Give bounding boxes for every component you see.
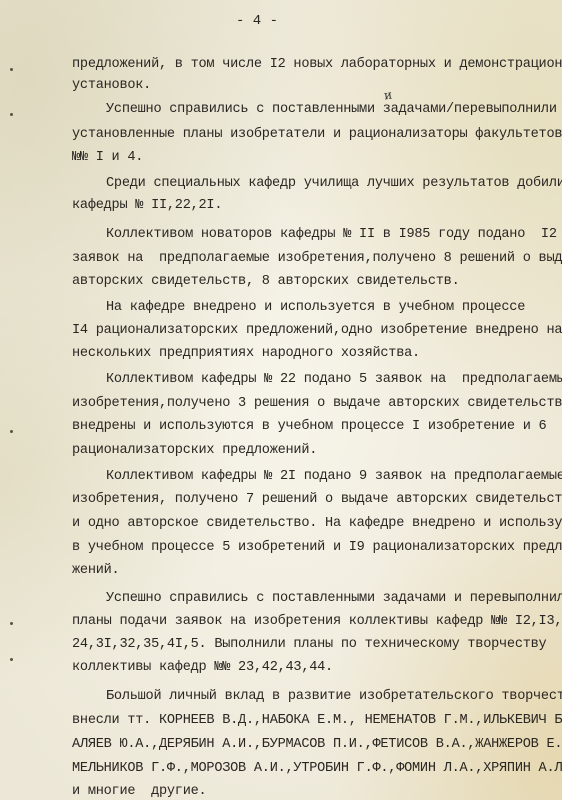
text-line: внедрены и используются в учебном процес… [72, 419, 546, 434]
text-line: предложений, в том числе I2 новых лабора… [72, 57, 562, 72]
text-line: и одно авторское свидетельство. На кафед… [72, 516, 562, 531]
text-line: установленные планы изобретатели и рацио… [72, 127, 562, 142]
text-line: изобретения, получено 7 решений о выдаче… [72, 492, 562, 507]
text-line: и многие другие. [72, 784, 206, 799]
text-line: Коллективом кафедры № 22 подано 5 заявок… [72, 372, 562, 387]
text-line: Среди специальных кафедр училища лучших … [72, 176, 562, 191]
text-line: изобретения,получено 3 решения о выдаче … [72, 396, 562, 411]
text-line: коллективы кафедр №№ 23,42,43,44. [72, 660, 333, 675]
text-line: рационализаторских предложений. [72, 443, 317, 458]
text-line: I4 рационализаторских предложений,одно и… [72, 323, 562, 338]
text-line: Большой личный вклад в развитие изобрета… [72, 689, 562, 704]
scanned-page: - 4 - и предложений, в том числе I2 новы… [0, 0, 562, 800]
text-line: Коллективом кафедры № 2I подано 9 заявок… [72, 469, 562, 484]
paper-speck [10, 430, 13, 433]
page-number: - 4 - [236, 13, 278, 29]
text-line: МЕЛЬНИКОВ Г.Ф.,МОРОЗОВ А.И.,УТРОБИН Г.Ф.… [72, 761, 562, 776]
text-line: 24,3I,32,35,4I,5. Выполнили планы по тех… [72, 637, 546, 652]
handwritten-correction: и [383, 88, 393, 103]
text-line: нескольких предприятиях народного хозяйс… [72, 346, 420, 361]
text-line: Успешно справились с поставленными задач… [72, 591, 562, 606]
text-line: установок. [72, 78, 151, 93]
paper-speck [10, 622, 13, 625]
text-line: кафедры № II,22,2I. [72, 198, 222, 213]
text-line: в учебном процессе 5 изобретений и I9 ра… [72, 540, 562, 555]
text-line: На кафедре внедрено и используется в уче… [72, 300, 525, 315]
text-line: №№ I и 4. [72, 150, 143, 165]
text-line: АЛЯЕВ Ю.А.,ДЕРЯБИН А.И.,БУРМАСОВ П.И.,ФЕ… [72, 737, 562, 752]
paper-speck [10, 68, 13, 71]
paper-speck [10, 113, 13, 116]
text-line: Успешно справились с поставленными задач… [72, 102, 557, 117]
text-line: Коллективом новаторов кафедры № II в I98… [72, 227, 557, 242]
text-line: планы подачи заявок на изобретения колле… [72, 614, 562, 629]
text-line: авторских свидетельств, 8 авторских свид… [72, 274, 459, 289]
text-line: заявок на предполагаемые изобретения,пол… [72, 251, 562, 266]
text-line: жений. [72, 563, 119, 578]
text-line: внесли тт. КОРНЕЕВ В.Д.,НАБОКА Е.М., НЕМ… [72, 713, 562, 728]
paper-speck [10, 658, 13, 661]
